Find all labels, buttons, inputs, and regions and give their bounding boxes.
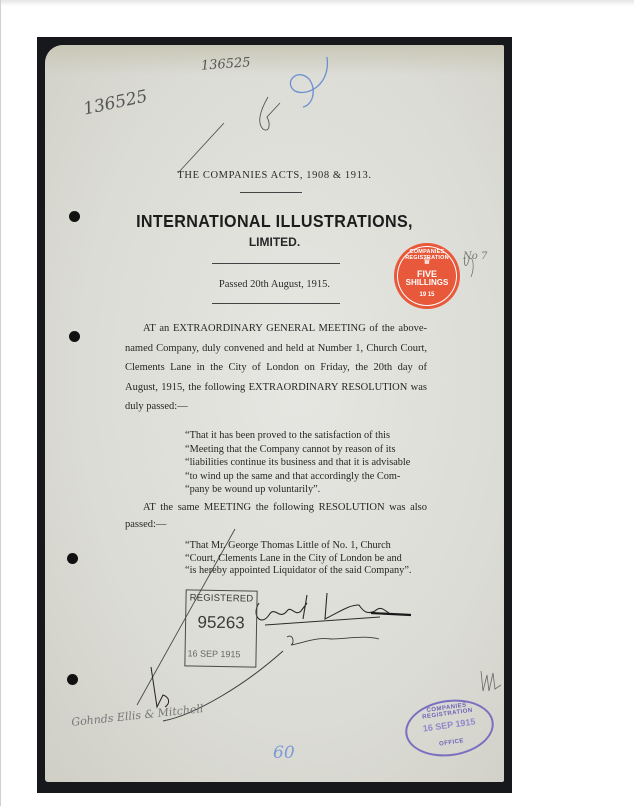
resolution-line: “That Mr. George Thomas Little of No. 1,…: [185, 540, 428, 553]
blue-number-bottom: 60: [273, 743, 295, 763]
resolution-line: “to wind up the same and that accordingl…: [185, 470, 428, 484]
registered-date: 16 SEP 1915: [187, 648, 240, 659]
fee-stamp-year: 19 15: [394, 292, 460, 298]
divider: [212, 303, 340, 304]
registration-fee-stamp: COMPANIES REGISTRATION ♛ FIVE SHILLINGS …: [394, 243, 460, 309]
viewer-left-border: [0, 0, 1, 806]
resolution-line: “Meeting that the Company cannot by reas…: [185, 443, 428, 457]
divider: [240, 192, 302, 193]
resolution-line: “pany be wound up voluntarily”.: [185, 483, 428, 497]
meeting-paragraph: AT an EXTRAORDINARY GENERAL MEETING of t…: [125, 319, 427, 417]
divider: [212, 263, 340, 264]
viewer-top-bar: [0, 0, 634, 6]
resolution-line: “That it has been proved to the satisfac…: [185, 429, 428, 443]
resolution-line: “liabilities continue its business and t…: [185, 456, 428, 470]
document-page: 136525 136525 No 7 VB Goh: [45, 45, 504, 782]
stamp-side-note: No 7: [463, 251, 487, 262]
registered-stamp: REGISTERED 95263 16 SEP 1915: [184, 589, 257, 667]
second-meeting-paragraph: AT the same MEETING the following RESOLU…: [125, 499, 427, 533]
meeting-paragraph-text: AT an EXTRAORDINARY GENERAL MEETING of t…: [125, 319, 427, 417]
resolution-line: “Court, Clements Lane in the City of Lon…: [185, 553, 428, 566]
second-meeting-text: AT the same MEETING the following RESOLU…: [125, 499, 427, 533]
liquidator-resolution: “That Mr. George Thomas Little of No. 1,…: [185, 540, 428, 578]
document-scan: 136525 136525 No 7 VB Goh: [37, 37, 512, 793]
resolution-line: “is hereby appointed Liquidator of the s…: [185, 565, 428, 578]
registration-number: 95263: [186, 612, 256, 633]
registered-label: REGISTERED: [186, 592, 256, 604]
extraordinary-resolution: “That it has been proved to the satisfac…: [185, 429, 428, 497]
fee-stamp-unit: SHILLINGS: [394, 278, 460, 287]
crown-icon: ♛: [394, 256, 460, 267]
company-name: INTERNATIONAL ILLUSTRATIONS,: [63, 211, 485, 232]
companies-acts-heading: THE COMPANIES ACTS, 1908 & 1913.: [45, 170, 504, 181]
